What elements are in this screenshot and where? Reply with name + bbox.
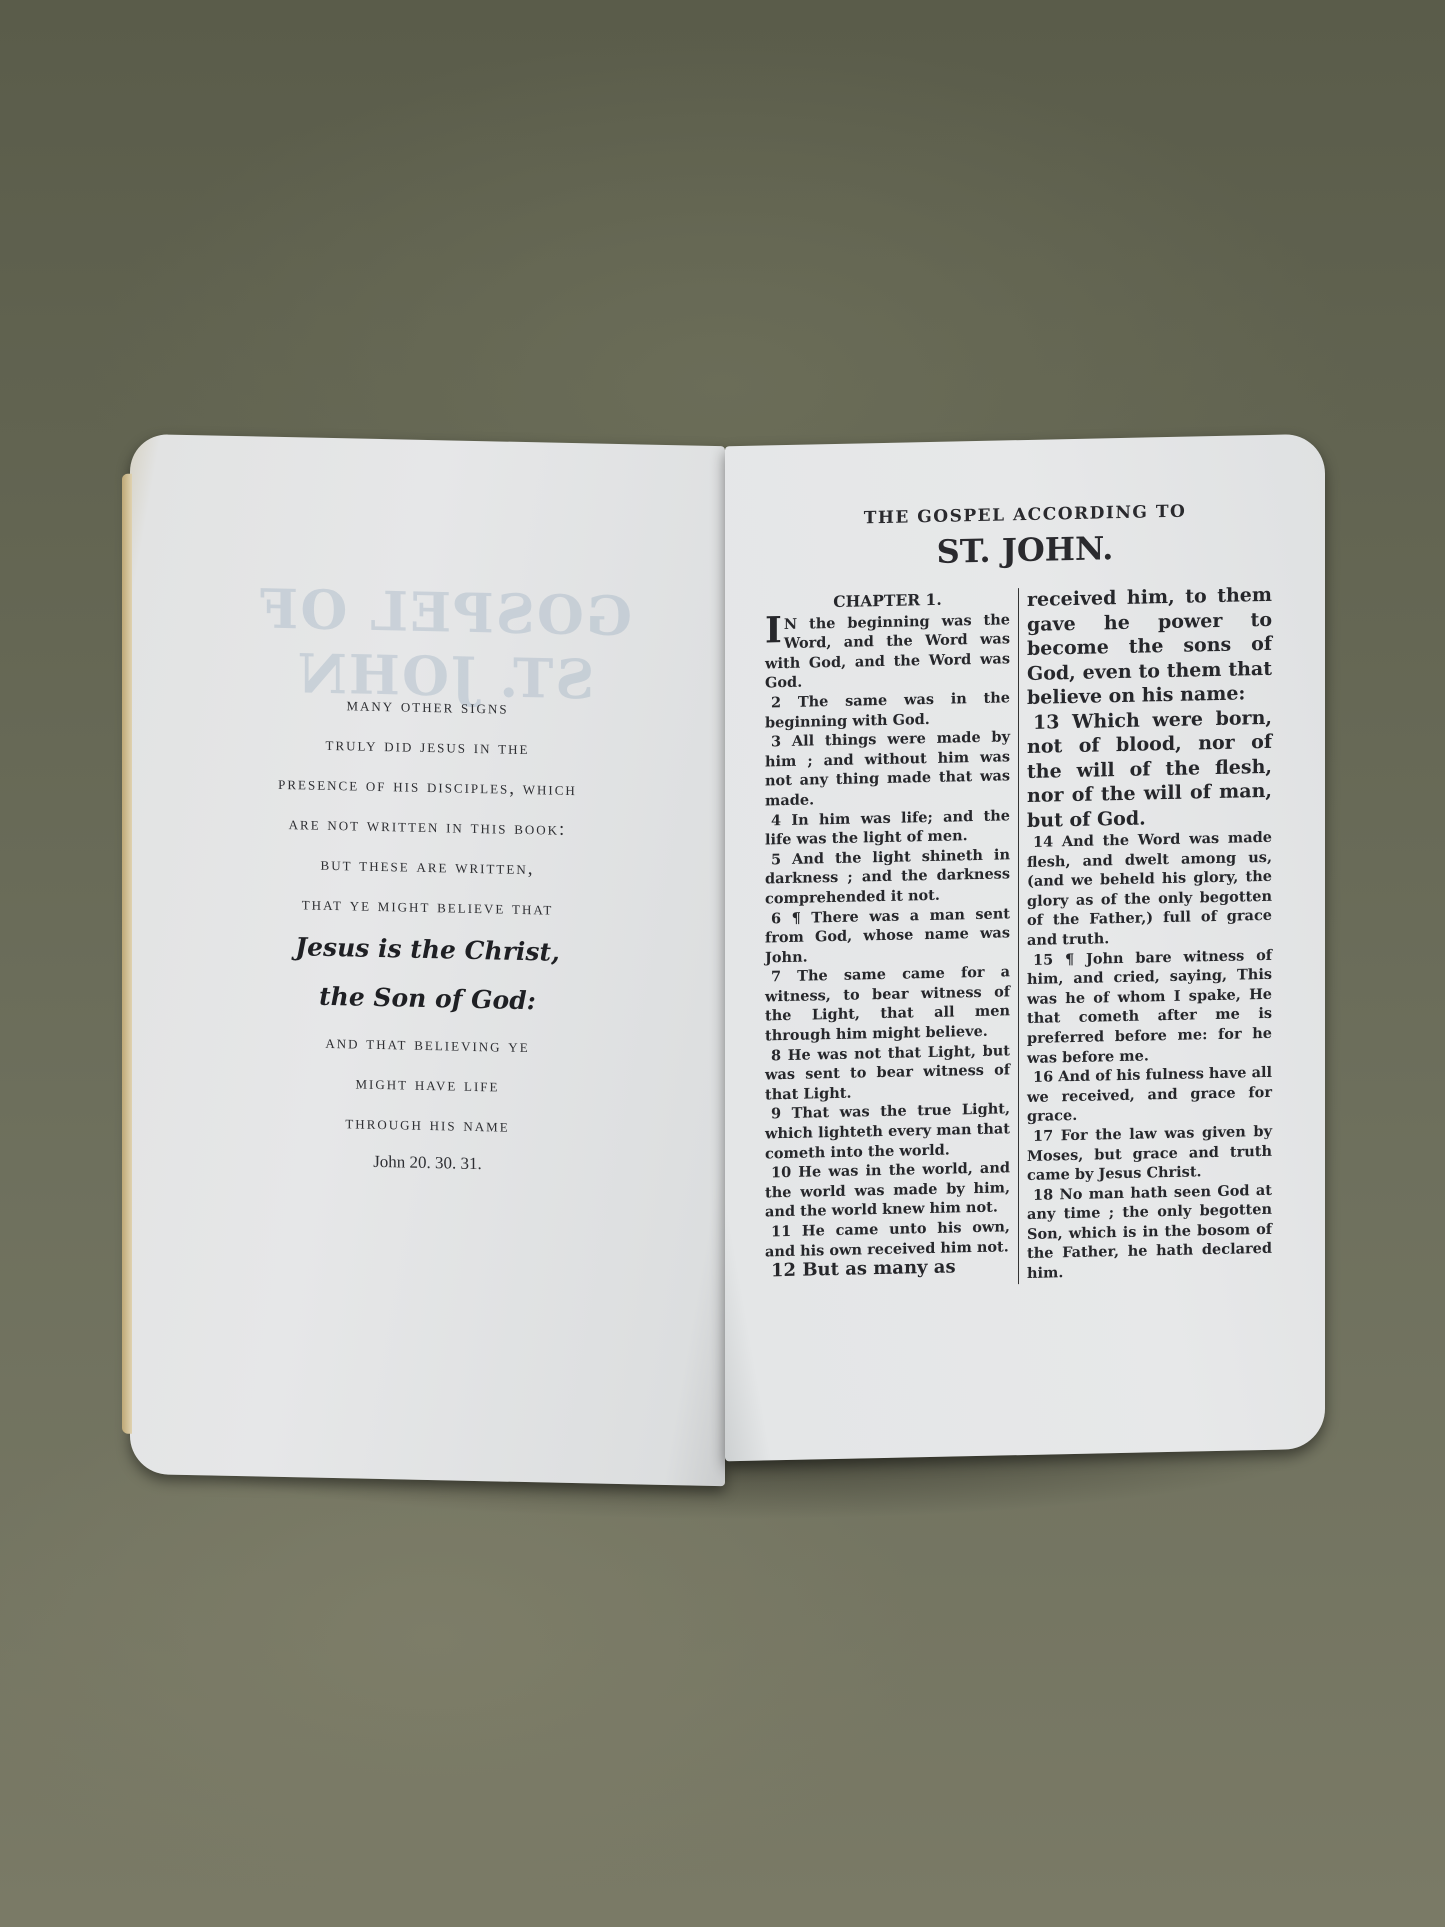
drop-cap: I: [765, 615, 782, 645]
verse-12-start: 12 But as many as: [765, 1257, 1010, 1282]
quote-line: might have life: [130, 1067, 725, 1103]
gothic-line: Jesus is the Christ,: [130, 929, 725, 970]
verse: 15 ¶ John bare witness of him, and cried…: [1027, 945, 1272, 1068]
right-page: THE GOSPEL ACCORDING TO ST. JOHN. CHAPTE…: [725, 434, 1325, 1462]
text-columns: CHAPTER 1. IN the beginning was the Word…: [765, 582, 1295, 1289]
quote-line: are not written in this book:: [130, 809, 725, 845]
verse: 13 Which were born, not of blood, nor of…: [1027, 705, 1272, 833]
left-column: CHAPTER 1. IN the beginning was the Word…: [765, 588, 1018, 1289]
quote-line: and that believing ye: [130, 1027, 725, 1063]
quote-line: truly did Jesus in the: [130, 729, 725, 765]
verse: 3 All things were made by him ; and with…: [765, 727, 1010, 811]
verse: 5 And the light shineth in darkness ; an…: [765, 845, 1010, 909]
verse: 4 In him was life; and the life was the …: [765, 806, 1010, 850]
verse: 8 He was not that Light, but was sent to…: [765, 1041, 1010, 1105]
verse: 6 ¶ There was a man sent from God, whose…: [765, 904, 1010, 968]
verse: 16 And of his fulness have all we receiv…: [1027, 1063, 1272, 1127]
verse: 10 He was in the world, and the world wa…: [765, 1159, 1010, 1223]
gospel-title: ST. JOHN.: [725, 525, 1325, 576]
verse-text: N the beginning was the Word, and the Wo…: [765, 611, 1010, 692]
page-header: THE GOSPEL ACCORDING TO ST. JOHN.: [725, 499, 1325, 576]
verse: 18 No man hath seen God at any time ; th…: [1027, 1181, 1272, 1284]
verse-1: IN the beginning was the Word, and the W…: [765, 610, 1010, 694]
verse: 7 The same came for a witness, to bear w…: [765, 963, 1010, 1047]
quote-line: that ye might believe that: [130, 889, 725, 925]
verse: 11 He came unto his own, and his own rec…: [765, 1217, 1010, 1261]
scripture-quote: Many other signs truly did Jesus in the …: [130, 689, 725, 1196]
verse: 9 That was the true Light, which lightet…: [765, 1100, 1010, 1164]
chapter-heading: CHAPTER 1.: [765, 588, 1010, 613]
quote-line: presence of His disciples, which: [130, 769, 725, 805]
right-column: received him, to them gave he power to b…: [1018, 583, 1272, 1284]
verse: 17 For the law was given by Moses, but g…: [1027, 1122, 1272, 1186]
quote-line: but these are written,: [130, 849, 725, 885]
left-page: GOSPEL OF ST. JOHN Many other signs trul…: [130, 434, 725, 1486]
scripture-reference: John 20. 30. 31.: [130, 1147, 725, 1179]
gothic-line: the Son of God:: [130, 978, 725, 1019]
verse: 14 And the Word was made flesh, and dwel…: [1027, 828, 1272, 951]
quote-line: through His Name: [130, 1107, 725, 1143]
verse: received him, to them gave he power to b…: [1027, 583, 1272, 711]
verse: 2 The same was in the beginning with God…: [765, 688, 1010, 732]
